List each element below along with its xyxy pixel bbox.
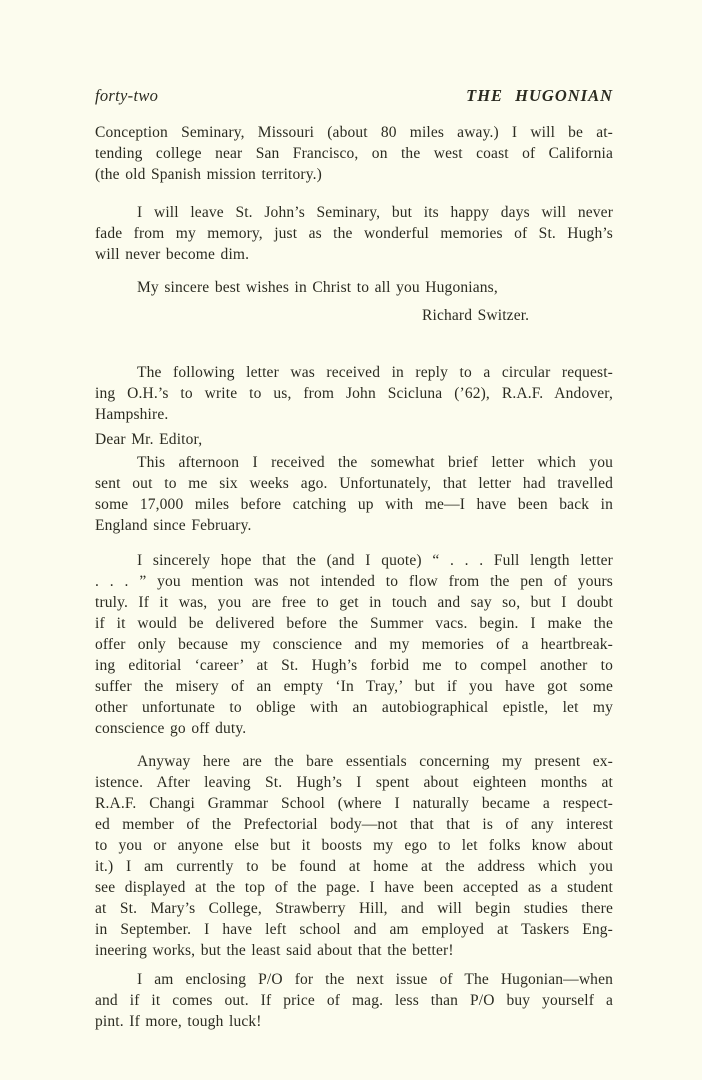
text-line: Hampshire.: [95, 404, 613, 425]
text-line: Anyway here are the bare essentials conc…: [95, 751, 613, 772]
paragraph-full-length-letter: I sincerely hope that the (and I quote) …: [95, 550, 613, 739]
text-line: R.A.F. Changi Grammar School (where I na…: [95, 793, 613, 814]
text-line: My sincere best wishes in Christ to all …: [95, 277, 613, 298]
text-line: ing O.H.’s to write to us, from John Sci…: [95, 383, 613, 404]
text-line: at St. Mary’s College, Strawberry Hill, …: [95, 898, 613, 919]
text-line: Conception Seminary, Missouri (about 80 …: [95, 122, 613, 143]
text-line: see displayed at the top of the page. I …: [95, 877, 613, 898]
text-line: truly. If it was, you are free to get in…: [95, 592, 613, 613]
text-line: fade from my memory, just as the wonderf…: [95, 223, 613, 244]
folio-page-number: forty-two: [95, 85, 158, 106]
paragraph-continuation-seminary: Conception Seminary, Missouri (about 80 …: [95, 122, 613, 185]
text-line: it.) I am currently to be found at home …: [95, 856, 613, 877]
text-line: in September. I have left school and am …: [95, 919, 613, 940]
text-line: other unfortunate to oblige with an auto…: [95, 697, 613, 718]
salutation-dear-editor: Dear Mr. Editor,: [95, 429, 613, 450]
text-line: if it would be delivered before the Summ…: [95, 613, 613, 634]
text-line: some 17,000 miles before catching up wit…: [95, 494, 613, 515]
signature-richard-switzer: Richard Switzer.: [95, 305, 613, 326]
text-line: to you or anyone else but it boosts my e…: [95, 835, 613, 856]
text-line: suffer the misery of an empty ‘In Tray,’…: [95, 676, 613, 697]
paragraph-leaving-st-johns: I will leave St. John’s Seminary, but it…: [95, 202, 613, 265]
text-line: This afternoon I received the somewhat b…: [95, 452, 613, 473]
magazine-page: forty-two THE HUGONIAN Conception Semina…: [0, 0, 702, 1080]
text-line: ineering works, but the least said about…: [95, 940, 613, 961]
text-line: tending college near San Francisco, on t…: [95, 143, 613, 164]
page-body: Conception Seminary, Missouri (about 80 …: [95, 122, 613, 1032]
paragraph-best-wishes: My sincere best wishes in Christ to all …: [95, 277, 613, 298]
text-line: I sincerely hope that the (and I quote) …: [95, 550, 613, 571]
text-line: sent out to me six weeks ago. Unfortunat…: [95, 473, 613, 494]
text-line: ed member of the Prefectorial body—not t…: [95, 814, 613, 835]
journal-title: THE HUGONIAN: [466, 85, 613, 106]
text-line: England since February.: [95, 515, 613, 536]
text-line: The following letter was received in rep…: [95, 362, 613, 383]
paragraph-enclosing-po: I am enclosing P/O for the next issue of…: [95, 969, 613, 1032]
paragraph-bare-essentials: Anyway here are the bare essentials conc…: [95, 751, 613, 961]
text-line: (the old Spanish mission territory.): [95, 164, 613, 185]
editor-note-paragraph: The following letter was received in rep…: [95, 362, 613, 425]
text-line: I am enclosing P/O for the next issue of…: [95, 969, 613, 990]
text-line: will never become dim.: [95, 244, 613, 265]
text-line: . . . ” you mention was not intended to …: [95, 571, 613, 592]
paragraph-this-afternoon: This afternoon I received the somewhat b…: [95, 452, 613, 536]
text-line: ing editorial ‘career’ at St. Hugh’s for…: [95, 655, 613, 676]
text-line: conscience go off duty.: [95, 718, 613, 739]
text-line: offer only because my conscience and my …: [95, 634, 613, 655]
text-line: istence. After leaving St. Hugh’s I spen…: [95, 772, 613, 793]
text-line: pint. If more, tough luck!: [95, 1011, 613, 1032]
text-line: I will leave St. John’s Seminary, but it…: [95, 202, 613, 223]
text-line: and if it comes out. If price of mag. le…: [95, 990, 613, 1011]
page-header: forty-two THE HUGONIAN: [95, 85, 613, 106]
